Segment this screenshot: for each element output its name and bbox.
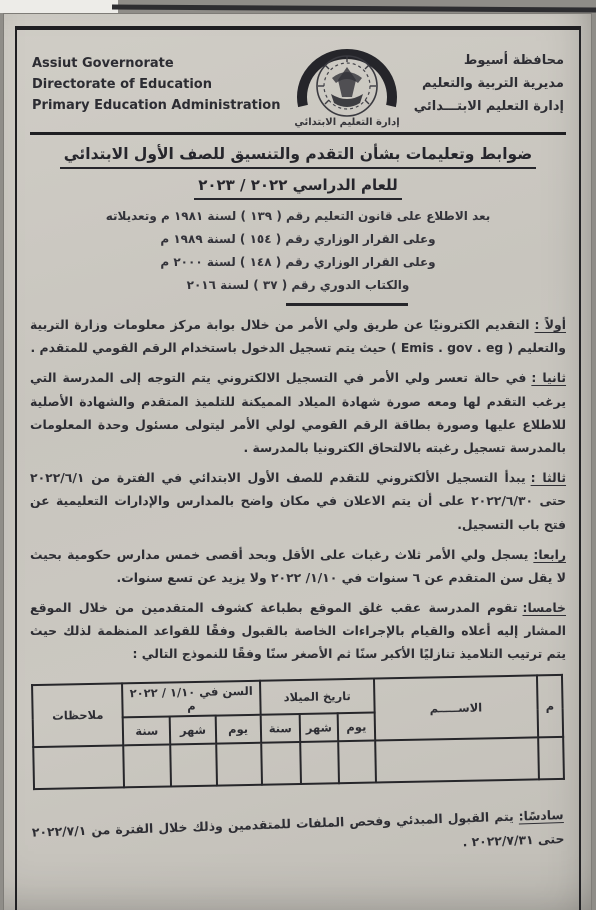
subcol-age-year: سنة xyxy=(123,716,171,745)
clause-third-label: ثالثا : xyxy=(531,470,566,485)
letterhead-arabic: محافظة أسيوط مديرية التربية والتعليم إدا… xyxy=(414,40,564,118)
letterhead-english: Assiut Governorate Directorate of Educat… xyxy=(32,40,281,116)
cell-number xyxy=(538,737,564,779)
col-header-notes: ملاحظات xyxy=(32,683,123,747)
title-line-2: للعام الدراسي ٢٠٢٢ / ٢٠٢٣ xyxy=(194,176,402,200)
letterhead-ar-line1: محافظة أسيوط xyxy=(414,50,564,73)
section-divider xyxy=(286,303,408,306)
photo-top-left-background xyxy=(0,0,118,13)
clause-fifth-label: خامسا: xyxy=(523,600,566,615)
cell-birth-day xyxy=(338,740,376,783)
clause-fifth: خامسا:تقوم المدرسة عقب غلق الموقع بطباعة… xyxy=(30,596,566,666)
cell-name xyxy=(375,737,538,782)
clause-fourth-text: يسجل ولي الأمر ثلاث رغبات على الأقل وبحد… xyxy=(30,547,566,585)
letterhead-ar-line2: مديرية التربية والتعليم xyxy=(414,73,564,96)
clauses-section: أولاً :التقديم الكترونيًا عن طريق ولي ال… xyxy=(30,313,566,666)
document-title: ضوابط وتعليمات بشأن التقدم والتنسيق للصف… xyxy=(30,135,566,200)
page-border-frame: Assiut Governorate Directorate of Educat… xyxy=(15,26,581,910)
document-page: Assiut Governorate Directorate of Educat… xyxy=(4,14,591,910)
clause-sixth: سادسًا:يتم القبول المبدئي وفحص الملفات ل… xyxy=(32,803,565,868)
clause-second: ثانيا :في حالة تعسر ولي الأمر في التسجيل… xyxy=(30,366,566,459)
clause-sixth-label: سادسًا: xyxy=(518,807,563,823)
subcol-birth-month: شهر xyxy=(300,713,338,742)
clause-first-label: أولاً : xyxy=(535,317,566,332)
ministry-emblem-icon: إدارة التعليم الابتدائي xyxy=(286,36,408,130)
paper-edge-shadow xyxy=(112,5,596,13)
subcol-age-day: يوم xyxy=(215,714,261,743)
clause-fifth-text: تقوم المدرسة عقب غلق الموقع بطباعة كشوف … xyxy=(30,600,566,661)
legal-preamble: بعد الاطلاع على قانون التعليم رقم ( ١٣٩ … xyxy=(30,209,566,292)
cell-birth-month xyxy=(300,741,338,784)
subcol-birth-year: سنة xyxy=(260,714,300,743)
letterhead-en-line2: Directorate of Education xyxy=(32,75,281,96)
col-header-name: الاســـــم xyxy=(374,675,538,740)
preamble-line: بعد الاطلاع على قانون التعليم رقم ( ١٣٩ … xyxy=(30,209,566,223)
clause-second-text: في حالة تعسر ولي الأمر في التسجيل الالكت… xyxy=(30,370,566,455)
col-header-number: م xyxy=(537,675,564,737)
cell-age-day xyxy=(216,742,262,785)
letterhead: Assiut Governorate Directorate of Educat… xyxy=(30,30,566,135)
col-header-age: السن في ١/١٠ / ٢٠٢٢ م xyxy=(122,680,260,717)
subcol-birth-day: يوم xyxy=(337,712,375,741)
clause-fourth-label: رابعا: xyxy=(533,547,566,562)
letterhead-ar-line3: إدارة التعليم الابتـــدائي xyxy=(414,96,564,119)
clause-third-text: يبدأ التسجيل الألكتروني للتقدم للصف الأو… xyxy=(30,470,566,531)
clause-first-text: التقديم الكترونيًا عن طريق ولي الأمر من … xyxy=(30,317,566,355)
cell-birth-year xyxy=(261,742,301,785)
preamble-line: والكتاب الدوري رقم ( ٣٧ ) لسنة ٢٠١٦ xyxy=(30,278,566,292)
col-header-birthdate: تاريخ الميلاد xyxy=(260,678,375,714)
letterhead-en-line1: Assiut Governorate xyxy=(32,54,281,75)
subcol-age-month: شهر xyxy=(170,715,216,744)
title-line-1: ضوابط وتعليمات بشأن التقدم والتنسيق للصف… xyxy=(60,145,537,169)
cell-age-month xyxy=(171,743,217,786)
clause-third: ثالثا :يبدأ التسجيل الألكتروني للتقدم لل… xyxy=(30,466,566,536)
clause-first: أولاً :التقديم الكترونيًا عن طريق ولي ال… xyxy=(30,313,566,359)
clause-sixth-text: يتم القبول المبدئي وفحص الملفات للمتقدمي… xyxy=(32,808,565,848)
scanned-document-photo: Assiut Governorate Directorate of Educat… xyxy=(0,0,596,910)
preamble-line: وعلى القرار الوزاري رقم ( ١٥٤ ) لسنة ١٩٨… xyxy=(30,232,566,246)
letterhead-en-line3: Primary Education Administration xyxy=(32,96,281,117)
preamble-line: وعلى القرار الوزاري رقم ( ١٤٨ ) لسنة ٢٠٠… xyxy=(30,255,566,269)
svg-text:إدارة التعليم الابتدائي: إدارة التعليم الابتدائي xyxy=(294,117,399,128)
applicants-form-table: م الاســـــم تاريخ الميلاد السن في ١/١٠ … xyxy=(31,674,565,790)
clause-second-label: ثانيا : xyxy=(531,370,566,385)
cell-notes xyxy=(33,745,124,789)
cell-age-year xyxy=(124,744,172,787)
clause-fourth: رابعا:يسجل ولي الأمر ثلاث رغبات على الأق… xyxy=(30,543,566,589)
